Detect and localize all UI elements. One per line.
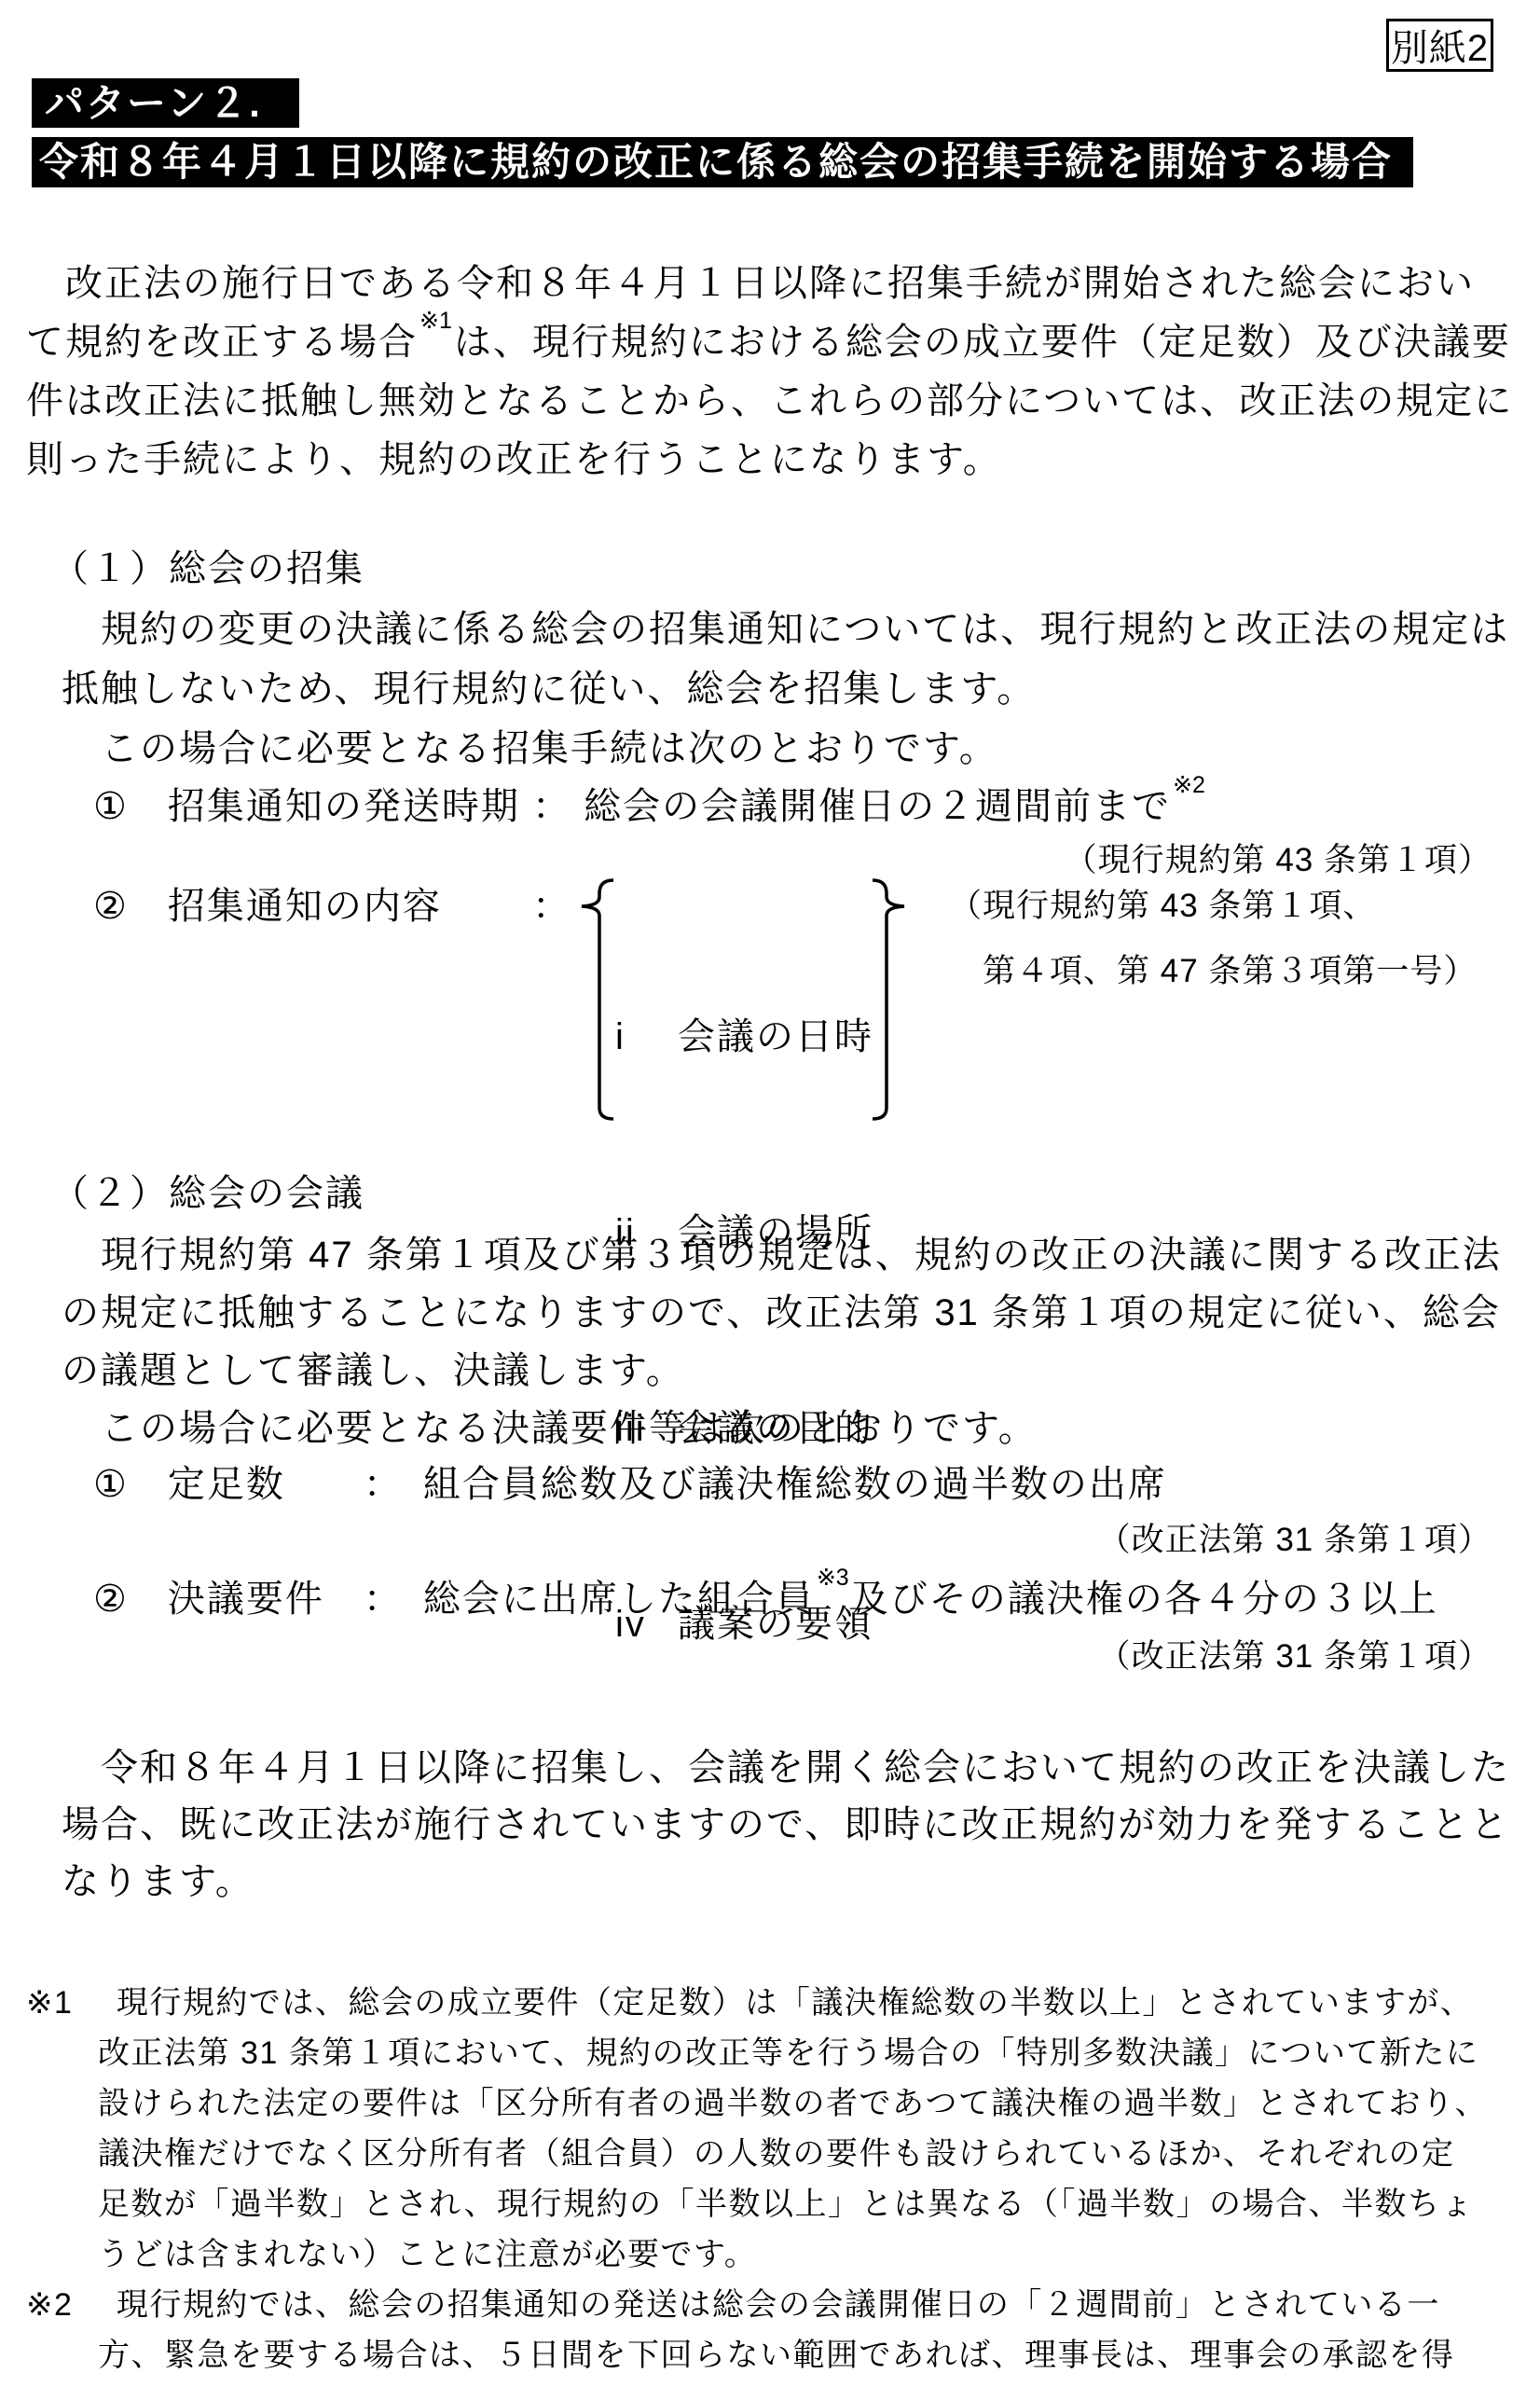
quorum-reference: （改正法第 31 条第１項） bbox=[0, 1520, 1492, 1561]
resolution-requirement-row: ② 決議要件 ： 総会に出席した組合員※3及びその議決権の各４分の３以上 bbox=[93, 1579, 1438, 1620]
attachment-label: 別紙2 bbox=[1386, 19, 1493, 72]
dispatch-time-text: ① 招集通知の発送時期 ： 総会の会議開催日の２週間前まで bbox=[93, 786, 1171, 827]
section-2-heading: （２）総会の会議 bbox=[51, 1173, 364, 1214]
section-1-heading: （１）総会の招集 bbox=[51, 548, 364, 589]
footnote-ref-3: ※3 bbox=[817, 1565, 849, 1591]
notice-content-reference: （現行規約第 43 条第１項、 第４項、第 47 条第３項第一号） bbox=[949, 874, 1477, 1004]
resolution-text-2: 及びその議決権の各４分の３以上 bbox=[851, 1579, 1438, 1620]
footnote-ref-1: ※1 bbox=[419, 308, 452, 334]
footnote-2: ※2 現行規約では、総会の招集通知の発送は総会の会議開催日の「２週間前」とされて… bbox=[26, 2280, 1518, 2380]
dispatch-time-row: ① 招集通知の発送時期 ： 総会の会議開催日の２週間前まで※2 bbox=[93, 786, 1207, 827]
resolution-text-1: ② 決議要件 ： 総会に出席した組合員 bbox=[93, 1579, 815, 1620]
notice-item-row: i会議の日時 bbox=[611, 1004, 873, 1069]
notice-content-label: ② 招集通知の内容 ： bbox=[93, 886, 571, 927]
page: { "colors": { "bar_bg": "#000000", "bar_… bbox=[0, 0, 1540, 2387]
pattern-bar: パターン２. bbox=[32, 78, 299, 128]
left-brace bbox=[576, 875, 615, 1125]
section-2-paragraph: 現行規約第 47 条第１項及び第３項の規定は、規約の改正の決議に関する改正法 の… bbox=[62, 1226, 1525, 1457]
roman-numeral: i bbox=[611, 1004, 678, 1069]
intro-paragraph: 改正法の施行日である令和８年４月１日以降に招集手続が開始された総会におい て規約… bbox=[26, 255, 1522, 490]
footnotes: ※1 現行規約では、総会の成立要件（定足数）は「議決権総数の半数以上」とされてい… bbox=[26, 1978, 1518, 2380]
notice-item-label: 会議の日時 bbox=[678, 1004, 873, 1069]
footnote-1: ※1 現行規約では、総会の成立要件（定足数）は「議決権総数の半数以上」とされてい… bbox=[26, 1978, 1518, 2280]
quorum-row: ① 定足数 ： 組合員総数及び議決権総数の過半数の出席 bbox=[93, 1464, 1167, 1505]
resolution-reference: （改正法第 31 条第１項） bbox=[0, 1636, 1492, 1677]
section-1-paragraph: 規約の変更の決議に係る総会の招集通知については、現行規約と改正法の規定は 抵触し… bbox=[62, 600, 1525, 779]
page-title: 令和８年４月１日以降に規約の改正に係る総会の招集手続を開始する場合 bbox=[32, 137, 1413, 187]
footnote-ref-2: ※2 bbox=[1173, 772, 1205, 798]
closing-paragraph: 令和８年４月１日以降に招集し、会議を開く総会において規約の改正を決議した 場合、… bbox=[62, 1740, 1525, 1911]
right-brace bbox=[871, 875, 910, 1125]
